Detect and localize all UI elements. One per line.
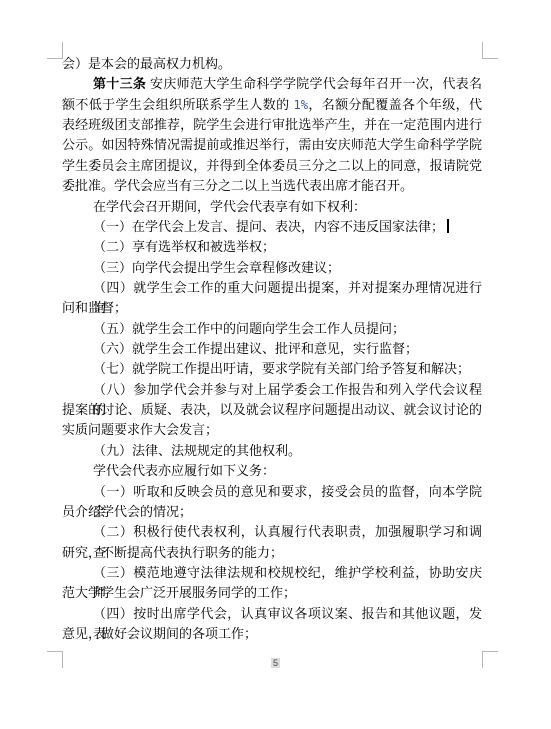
text-line: 会）是本会的最高权力机构。 (62, 54, 482, 74)
text-line: （一）在学代会上发言、提问、表决，内容不违反国家法律； (62, 217, 482, 237)
numeric-run: 1% (294, 98, 308, 112)
text-run: 额不低于学生会组织所联系学生人数的 (62, 97, 294, 112)
text-line: （一）听取和反映会员的意见和要求，接受会员的监督，向本学院会 (62, 482, 482, 502)
text-run: 研究，不断提高代表执行职务的能力； (62, 545, 283, 560)
bold-run: 第十三条 (93, 76, 146, 91)
text-line: （三）向学代会提出学生会章程修改建议； (62, 258, 482, 278)
text-line: （三）模范地遵守法律法规和校规校纪，维护学校利益，协助安庆师 (62, 563, 482, 583)
text-line: （四）按时出席学代会，认真审议各项议案、报告和其他议题，发表 (62, 604, 482, 624)
text-line: 委批准。学代会应当有三分之二以上当选代表出席才能召开。 (62, 176, 482, 196)
text-run: 员介绍学代会的情况； (62, 504, 192, 519)
document-text-area[interactable]: 会）是本会的最高权力机构。第十三条 安庆师范大学生命科学学院学代会每年召开一次，… (62, 54, 482, 644)
text-line: （九）法律、法规规定的其他权利。 (62, 441, 482, 461)
text-line: （四）就学生会工作的重大问题提出提案，并对提案办理情况进行询 (62, 278, 482, 298)
text-run: （二）享有选举权和被选举权； (93, 239, 275, 254)
text-line: 研究，不断提高代表执行职务的能力； (62, 543, 482, 563)
text-line: 实质问题要求作大会发言； (62, 420, 482, 440)
text-run: 学生委员会主席团提议，并得到全体委员三分之二以上的同意，报请院党 (62, 158, 482, 173)
text-run: （一）在学代会上发言、提问、表决，内容不违反国家法律； (93, 219, 444, 234)
text-line: 学代会代表亦应履行如下义务： (62, 461, 482, 481)
text-line: 额不低于学生会组织所联系学生人数的 1%，名额分配覆盖各个年级，代 (62, 95, 482, 115)
text-line: 第十三条 安庆师范大学生命科学学院学代会每年召开一次，代表名 (62, 74, 482, 94)
text-line: 问和监督； (62, 298, 482, 318)
text-run: 实质问题要求作大会发言； (62, 422, 218, 437)
text-line: （二）享有选举权和被选举权； (62, 237, 482, 257)
text-run: （六）就学生会工作提出建议、批评和意见，实行监督； (93, 341, 418, 356)
margin-crop-mark-top-right (482, 42, 498, 59)
text-run: 公示。如因特殊情况需提前或推迟举行，需由安庆师范大学生命科学学院 (62, 137, 482, 152)
text-line: 表经班级团支部推荐，院学生会进行审批选举产生，并在一定范围内进行 (62, 115, 482, 135)
text-run: （五）就学生会工作中的问题向学生会工作人员提问； (93, 321, 405, 336)
text-run: （七）就学院工作提出吁请，要求学院有关部门给予答复和解决； (93, 361, 470, 376)
text-line: （七）就学院工作提出吁请，要求学院有关部门给予答复和解决； (62, 359, 482, 379)
text-run: 学代会代表亦应履行如下义务： (93, 463, 275, 478)
footer: 5 (0, 653, 551, 671)
text-line: 提案的讨论、质疑、表决，以及就会议程序问题提出动议、就会议讨论的 (62, 400, 482, 420)
text-run: （九）法律、法规规定的其他权利。 (93, 443, 301, 458)
document-page: 会）是本会的最高权力机构。第十三条 安庆师范大学生命科学学院学代会每年召开一次，… (0, 0, 551, 729)
margin-crop-mark-top-left (47, 42, 63, 59)
text-line: 范大学学生会广泛开展服务同学的工作； (62, 583, 482, 603)
text-run: 意见，做好会议期间的各项工作； (62, 626, 257, 641)
text-line: （二）积极行使代表权利，认真履行代表职责，加强履职学习和调查 (62, 522, 482, 542)
text-cursor (447, 219, 449, 233)
text-run: 委批准。学代会应当有三分之二以上当选代表出席才能召开。 (62, 178, 413, 193)
page-number-field: 5 (271, 658, 280, 668)
text-run: （三）向学代会提出学生会章程修改建议； (93, 260, 340, 275)
text-run: 范大学学生会广泛开展服务同学的工作； (62, 585, 296, 600)
text-line: （五）就学生会工作中的问题向学生会工作人员提问； (62, 319, 482, 339)
text-line: 公示。如因特殊情况需提前或推迟举行，需由安庆师范大学生命科学学院 (62, 135, 482, 155)
text-line: 员介绍学代会的情况； (62, 502, 482, 522)
text-line: （八）参加学代会并参与对上届学委会工作报告和列入学代会议程的 (62, 380, 482, 400)
text-line: 在学代会召开期间，学代会代表享有如下权利： (62, 197, 482, 217)
text-line: （六）就学生会工作提出建议、批评和意见，实行监督； (62, 339, 482, 359)
text-run: 安庆师范大学生命科学学院学代会每年召开一次，代表名 (146, 76, 482, 91)
text-run: 会）是本会的最高权力机构。 (62, 56, 231, 71)
text-run: 表经班级团支部推荐，院学生会进行审批选举产生，并在一定范围内进行 (62, 117, 482, 132)
text-run: 在学代会召开期间，学代会代表享有如下权利： (93, 199, 366, 214)
text-run: ，名额分配覆盖各个年级，代 (308, 97, 482, 112)
text-run: 问和监督； (62, 300, 127, 315)
text-line: 学生委员会主席团提议，并得到全体委员三分之二以上的同意，报请院党 (62, 156, 482, 176)
text-run: 提案的讨论、质疑、表决，以及就会议程序问题提出动议、就会议讨论的 (62, 402, 482, 417)
text-line: 意见，做好会议期间的各项工作； (62, 624, 482, 644)
